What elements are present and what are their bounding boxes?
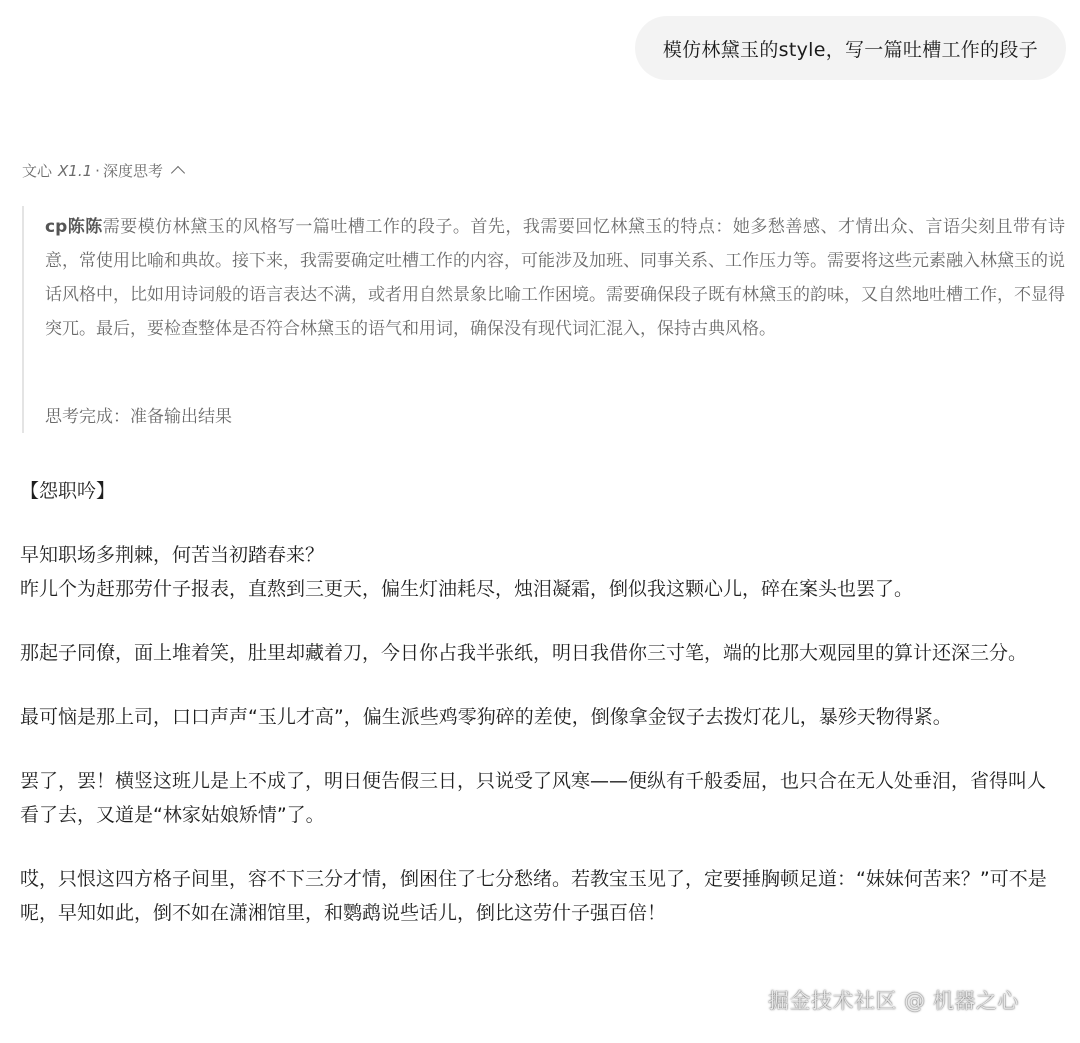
paragraph-line: 哎，只恨这四方格子间里，容不下三分才情，倒困住了七分愁绪。若教宝玉见了，定要捶胸… bbox=[20, 862, 1060, 930]
paragraph-line: 那起子同僚，面上堆着笑，肚里却藏着刀，今日你占我半张纸，明日我借你三寸笔，端的比… bbox=[20, 636, 1060, 670]
thinking-block: cp陈陈需要模仿林黛玉的风格写一篇吐槽工作的段子。首先，我需要回忆林黛玉的特点：… bbox=[22, 206, 1064, 433]
paragraph-line: 最可恼是那上司，口口声声“玉儿才高”，偏生派些鸡零狗碎的差使，倒像拿金钗子去拨灯… bbox=[20, 700, 1060, 734]
poem-title: 【怨职吟】 bbox=[20, 474, 1060, 508]
paragraph-line: 昨儿个为赶那劳什子报表，直熬到三更天，偏生灯油耗尽，烛泪凝霜，倒似我这颗心儿，碎… bbox=[20, 572, 1060, 606]
user-message-text: 模仿林黛玉的style，写一篇吐槽工作的段子 bbox=[663, 35, 1038, 62]
paragraph-line: 罢了，罢！横竖这班儿是上不成了，明日便告假三日，只说受了风寒——便纵有千般委屈，… bbox=[20, 764, 1060, 832]
model-name: X1.1 bbox=[58, 162, 92, 180]
answer-content: 【怨职吟】 早知职场多荆棘，何苦当初踏春来？ 昨儿个为赶那劳什子报表，直熬到三更… bbox=[20, 474, 1060, 960]
answer-paragraph: 哎，只恨这四方格子间里，容不下三分才情，倒困住了七分愁绪。若教宝玉见了，定要捶胸… bbox=[20, 862, 1060, 930]
answer-paragraph: 最可恼是那上司，口口声声“玉儿才高”，偏生派些鸡零狗碎的差使，倒像拿金钗子去拨灯… bbox=[20, 700, 1060, 734]
model-brand: 文心 bbox=[22, 160, 52, 181]
answer-paragraph: 那起子同僚，面上堆着笑，肚里却藏着刀，今日你占我半张纸，明日我借你三寸笔，端的比… bbox=[20, 636, 1060, 670]
answer-paragraph: 早知职场多荆棘，何苦当初踏春来？ 昨儿个为赶那劳什子报表，直熬到三更天，偏生灯油… bbox=[20, 538, 1060, 606]
chevron-up-icon[interactable] bbox=[171, 166, 185, 180]
thinking-author: cp陈陈 bbox=[45, 217, 103, 237]
user-message-bubble: 模仿林黛玉的style，写一篇吐槽工作的段子 bbox=[635, 16, 1066, 80]
thinking-body: 需要模仿林黛玉的风格写一篇吐槽工作的段子。首先，我需要回忆林黛玉的特点：她多愁善… bbox=[45, 217, 1065, 339]
watermark: 掘金技术社区 @ 机器之心 bbox=[768, 985, 1019, 1015]
thinking-status: 思考完成：准备输出结果 bbox=[45, 402, 232, 427]
thinking-text: cp陈陈需要模仿林黛玉的风格写一篇吐槽工作的段子。首先，我需要回忆林黛玉的特点：… bbox=[45, 210, 1065, 346]
model-header[interactable]: 文心 X1.1 · 深度思考 bbox=[22, 160, 183, 181]
header-separator: · bbox=[95, 162, 100, 180]
paragraph-line: 早知职场多荆棘，何苦当初踏春来？ bbox=[20, 538, 1060, 572]
thinking-mode-label: 深度思考 bbox=[103, 160, 163, 181]
answer-paragraph: 罢了，罢！横竖这班儿是上不成了，明日便告假三日，只说受了风寒——便纵有千般委屈，… bbox=[20, 764, 1060, 832]
